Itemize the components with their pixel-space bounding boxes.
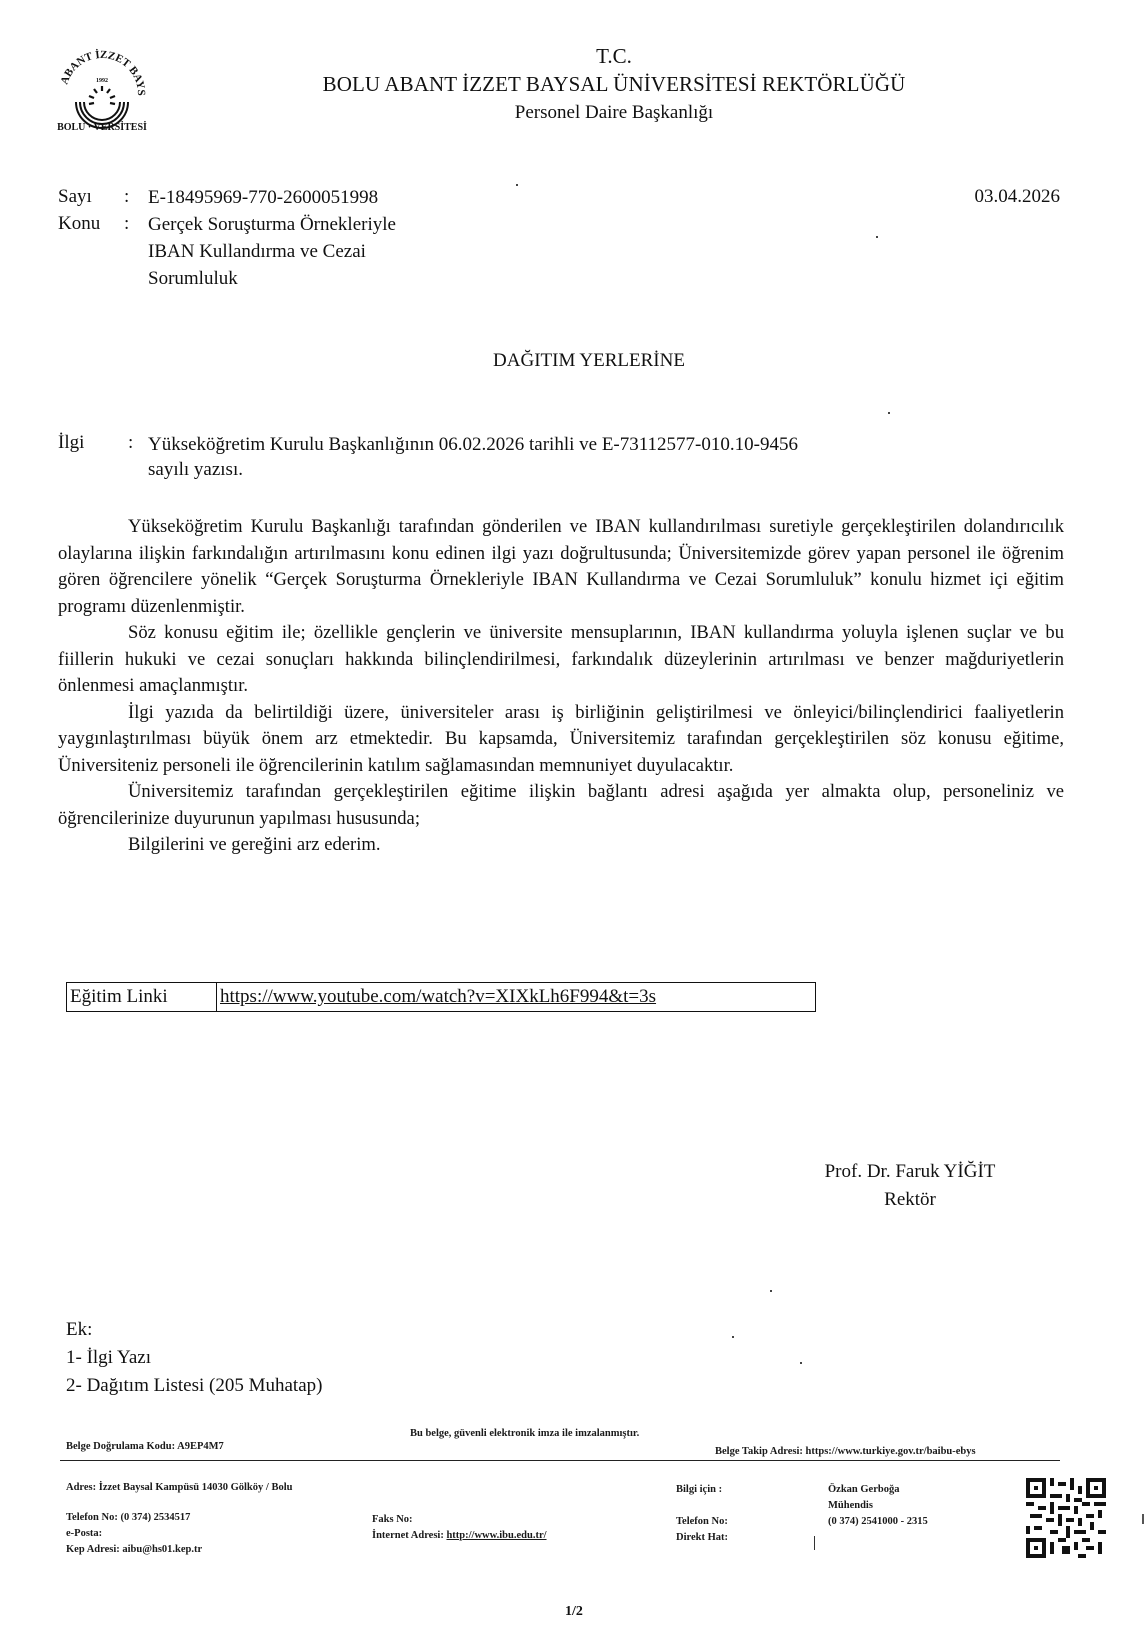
internet-url[interactable]: http://www.ibu.edu.tr/ — [446, 1530, 546, 1541]
postal-address: Adres: İzzet Baysal Kampüsü 14030 Gölköy… — [66, 1482, 292, 1493]
scan-speck — [800, 1362, 802, 1364]
kep-address[interactable]: Kep Adresi: aibu@hs01.kep.tr — [66, 1544, 202, 1555]
contact-phone: (0 374) 2541000 - 2315 — [828, 1516, 928, 1527]
direct-line-label: Direkt Hat: — [676, 1532, 728, 1543]
body-paragraph: Bilgilerini ve gereğini arz ederim. — [58, 832, 1064, 859]
page-number: 1/2 — [0, 1604, 1148, 1620]
qr-code-icon — [1026, 1478, 1106, 1558]
footer-divider — [60, 1460, 1060, 1461]
email-label: e-Posta: — [66, 1528, 102, 1539]
training-link-url[interactable]: https://www.youtube.com/watch?v=XIXkLh6F… — [217, 986, 656, 1008]
signatory-name: Prof. Dr. Faruk YİĞİT — [780, 1158, 1040, 1186]
internet-label: İnternet Adresi: — [372, 1530, 444, 1541]
document-date: 03.04.2026 — [975, 186, 1061, 208]
scan-speck — [876, 236, 878, 238]
scan-speck — [516, 184, 518, 186]
department-name: Personel Daire Başkanlığı — [0, 102, 1148, 124]
university-name: BOLU ABANT İZZET BAYSAL ÜNİVERSİTESİ REK… — [0, 72, 1148, 97]
sayi-label: Sayı — [58, 186, 92, 208]
training-link-label: Eğitim Linki — [67, 983, 217, 1011]
reference-line: sayılı yazısı. — [148, 457, 1068, 482]
esign-note: Bu belge, güvenli elektronik imza ile im… — [410, 1428, 639, 1439]
konu-line: Sorumluluk — [148, 265, 396, 292]
scan-speck — [770, 1290, 772, 1292]
scan-mark — [1142, 1514, 1144, 1524]
scan-speck — [888, 412, 890, 414]
sayi-colon: : — [124, 186, 129, 208]
tracking-address[interactable]: Belge Takip Adresi: https://www.turkiye.… — [715, 1446, 976, 1457]
info-phone-label: Telefon No: — [676, 1516, 728, 1527]
body-paragraph: Üniversitemiz tarafından gerçekleştirile… — [58, 779, 1064, 832]
reference-value: Yükseköğretim Kurulu Başkanlığının 06.02… — [148, 432, 1068, 482]
info-label: Bilgi için : — [676, 1484, 722, 1495]
signature-block: Prof. Dr. Faruk YİĞİT Rektör — [780, 1158, 1040, 1214]
attachment-item: 1- İlgi Yazı — [66, 1344, 322, 1372]
konu-label: Konu — [58, 213, 100, 235]
fax-label: Faks No: — [372, 1514, 413, 1525]
addressee: DAĞITIM YERLERİNE — [0, 350, 1148, 372]
konu-value: Gerçek Soruşturma Örnekleriyle IBAN Kull… — [148, 211, 396, 292]
header-tc: T.C. — [0, 44, 1148, 69]
attachment-item: 2- Dağıtım Listesi (205 Muhatap) — [66, 1372, 322, 1400]
reference-colon: : — [128, 432, 133, 454]
attachments-heading: Ek: — [66, 1316, 322, 1344]
body-paragraph: Söz konusu eğitim ile; özellikle gençler… — [58, 620, 1064, 700]
training-link-table: Eğitim Linki https://www.youtube.com/wat… — [66, 982, 816, 1012]
body-paragraph: İlgi yazıda da belirtildiği üzere, ünive… — [58, 700, 1064, 780]
contact-name: Özkan Gerboğa — [828, 1484, 899, 1495]
sayi-value: E-18495969-770-2600051998 — [148, 184, 378, 211]
reference-line: Yükseköğretim Kurulu Başkanlığının 06.02… — [148, 432, 1068, 457]
contact-title: Mühendis — [828, 1500, 873, 1511]
letter-body: Yükseköğretim Kurulu Başkanlığı tarafınd… — [58, 514, 1064, 859]
attachments: Ek: 1- İlgi Yazı 2- Dağıtım Listesi (205… — [66, 1316, 322, 1400]
konu-line: IBAN Kullandırma ve Cezai — [148, 238, 396, 265]
verification-code: Belge Doğrulama Kodu: A9EP4M7 — [66, 1441, 224, 1452]
konu-line: Gerçek Soruşturma Örnekleriyle — [148, 211, 396, 238]
phone-number: Telefon No: (0 374) 2534517 — [66, 1512, 190, 1523]
scan-mark — [814, 1536, 815, 1550]
scan-speck — [732, 1336, 734, 1338]
konu-colon: : — [124, 213, 129, 235]
body-paragraph: Yükseköğretim Kurulu Başkanlığı tarafınd… — [58, 514, 1064, 620]
signatory-title: Rektör — [780, 1186, 1040, 1214]
internet-address: İnternet Adresi: http://www.ibu.edu.tr/ — [372, 1530, 547, 1541]
reference-label: İlgi — [58, 432, 84, 454]
